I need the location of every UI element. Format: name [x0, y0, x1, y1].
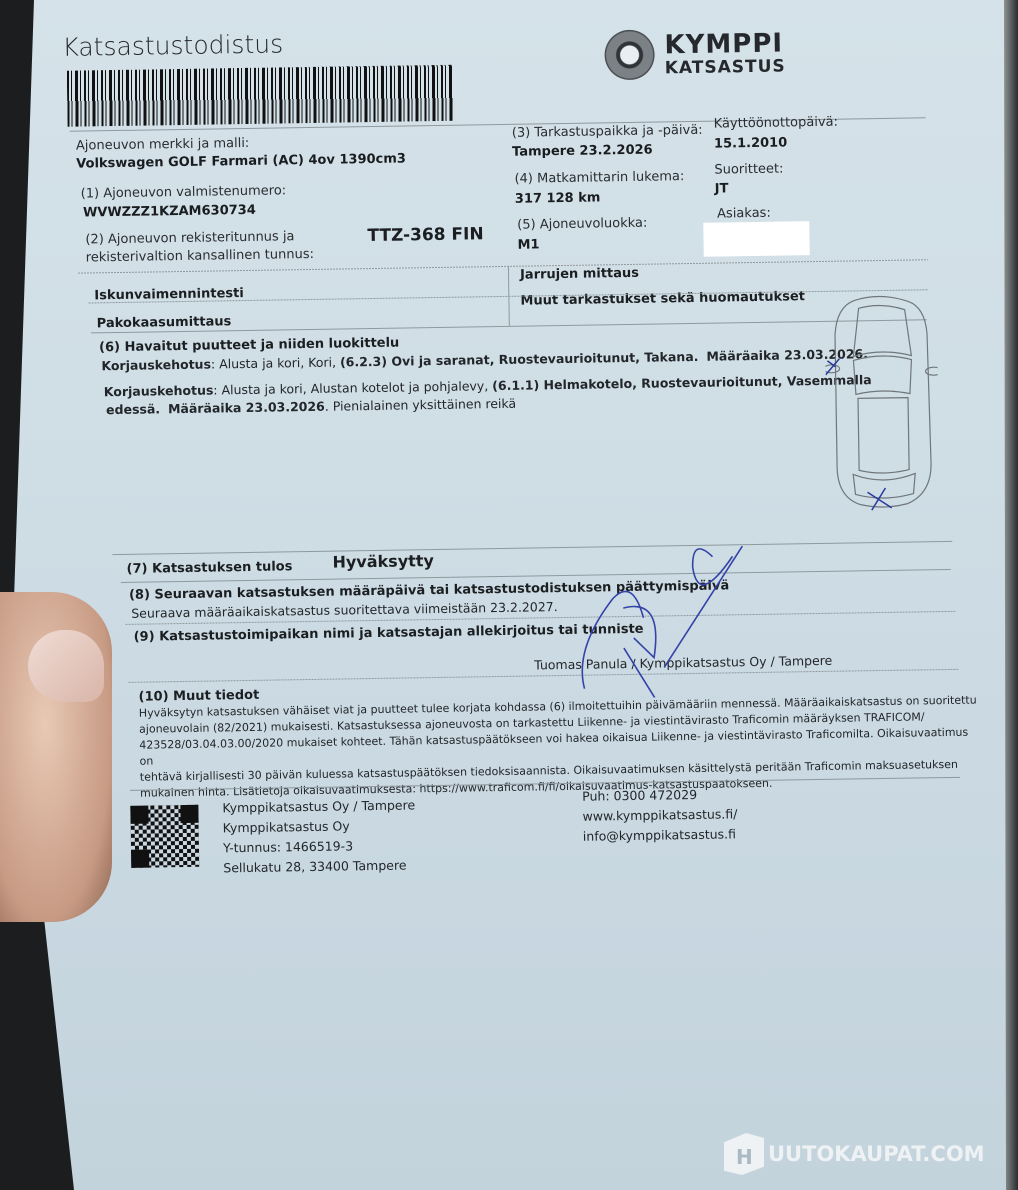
company-info: Kymppikatsastus Oy / Tampere Kymppikatsa…: [222, 795, 416, 878]
reg-label-1: (2) Ajoneuvon rekisteritunnus ja: [85, 229, 294, 247]
make-model-value: Volkswagen GOLF Farmari (AC) 4ov 1390cm3: [76, 151, 406, 171]
vin-label: (1) Ajoneuvon valmistenumero:: [81, 183, 287, 201]
odometer-label: (4) Matkamittarin lukema:: [514, 169, 684, 187]
thumbnail: [28, 630, 104, 702]
reg-label-2: rekisterivaltion kansallinen tunnus:: [86, 247, 314, 266]
brand-subtitle: KATSASTUS: [665, 58, 786, 77]
contact-info: Puh: 0300 472029 www.kymppikatsastus.fi/…: [582, 784, 738, 846]
defect-item: Korjauskehotus: Alusta ja kori, Alustan …: [104, 372, 872, 399]
defect-item-cont: edessä. Määräaika 23.03.2026. Pienialain…: [106, 396, 516, 417]
class-value: M1: [517, 237, 539, 252]
website-link[interactable]: www.kymppikatsastus.fi/: [582, 804, 737, 826]
vin-value: WVWZZZ1KZAM630734: [83, 203, 256, 221]
watermark: H UUTOKAUPAT.COM: [724, 1133, 985, 1175]
place-date-value: Tampere 23.2.2026: [512, 143, 653, 160]
make-model-label: Ajoneuvon merkki ja malli:: [76, 136, 250, 154]
phone: Puh: 0300 472029: [582, 784, 737, 806]
barcode-icon: [67, 65, 454, 127]
test-exhaust: Pakokaasumittaus: [97, 314, 232, 331]
watermark-text: UUTOKAUPAT.COM: [768, 1142, 985, 1166]
brand-logo: KYMPPI KATSASTUS: [604, 27, 786, 80]
performed-label: Suoritteet:: [714, 162, 783, 178]
customer-label: Asiakas:: [717, 206, 771, 222]
result-value: Hyväksytty: [332, 551, 434, 572]
result-label: (7) Katsastuksen tulos: [126, 559, 292, 577]
first-use-label: Käyttöönottopäivä:: [714, 115, 839, 132]
certificate-content: Katsastustodistus KYMPPI KATSASTUS Ajone…: [0, 0, 1018, 1190]
odometer-value: 317 128 km: [515, 190, 601, 206]
registration-plate: TTZ-368 FIN: [367, 224, 484, 246]
test-brakes: Jarrujen mittaus: [520, 266, 639, 283]
huutokaupat-box-icon: H: [724, 1133, 764, 1175]
first-use-value: 15.1.2010: [714, 135, 787, 151]
email-link[interactable]: info@kymppikatsastus.fi: [583, 824, 738, 846]
car-damage-diagram: [824, 293, 939, 513]
document-title: Katsastustodistus: [62, 29, 283, 61]
class-label: (5) Ajoneuvoluokka:: [517, 216, 647, 233]
qr-code-icon: [130, 805, 199, 868]
brand-name: KYMPPI: [664, 30, 785, 58]
defects-heading: (6) Havaitut puutteet ja niiden luokitte…: [99, 336, 399, 356]
other-info-heading: (10) Muut tiedot: [139, 688, 260, 705]
customer-redacted: [703, 221, 810, 257]
kymppi-ring-logo-icon: [604, 30, 655, 81]
performed-value: JT: [715, 181, 729, 196]
place-date-label: (3) Tarkastuspaikka ja -päivä:: [512, 123, 703, 141]
other-info-text: Hyväksytyn katsastuksen vähäiset viat ja…: [139, 693, 980, 802]
handwritten-signature: [542, 535, 804, 699]
